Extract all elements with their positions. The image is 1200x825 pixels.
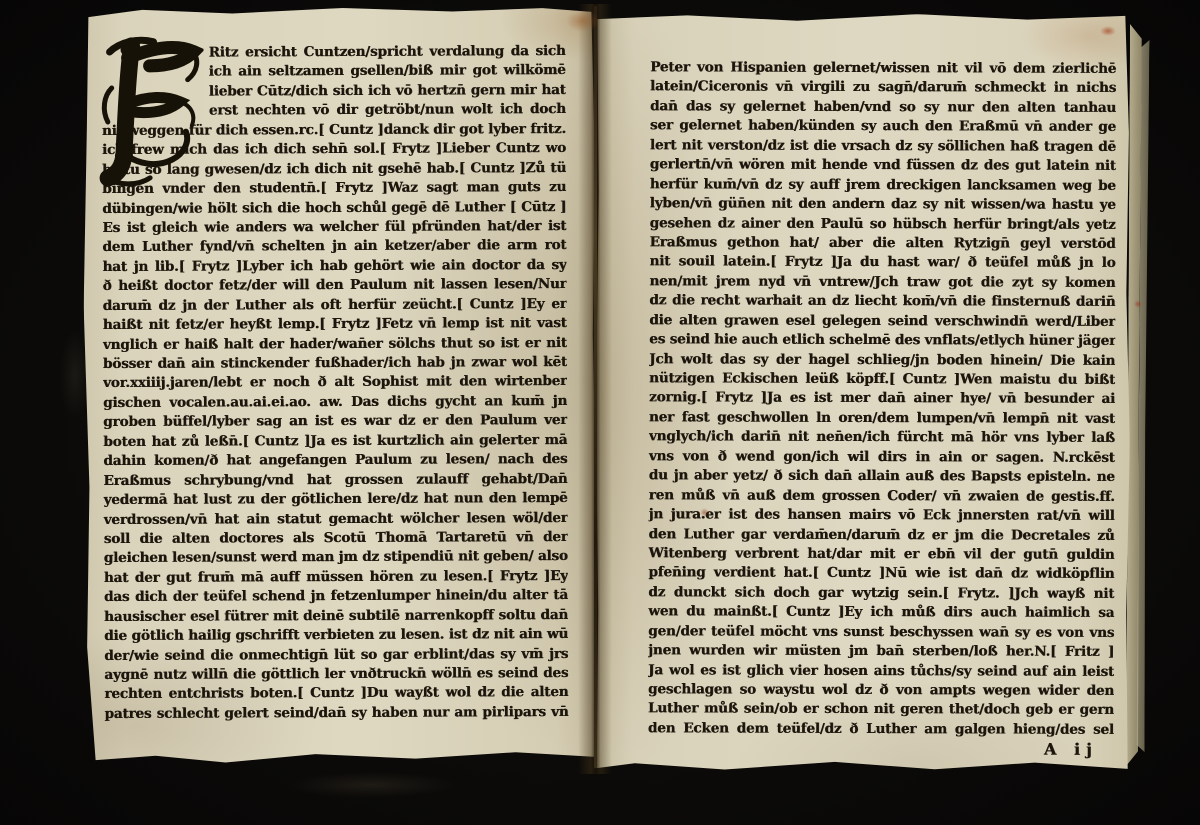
text-line: dz dunckt sich doch gar wytzig sein.[ Fr… [648,583,1114,604]
text-line: der/wie seind die onmechtign̄ lüt so gar… [104,645,568,666]
text-line: Es ist gleich wie anders wa welcher fül … [102,217,566,238]
text-line: soll die alten doctores als Scotū Thomā … [104,528,568,549]
text-line: Peter von Hispanien gelernet/wissen nit … [650,58,1116,79]
left-page-text-block: Ritz ersicht Cuntzen/spricht verdalung d… [102,42,569,724]
decorated-initial-F [97,36,204,188]
text-line: jnen wurden wir müsten jm ban̄ sterben/l… [648,641,1114,662]
right-page-text-block: Peter von Hispanien gelernet/wissen nit … [648,58,1116,762]
text-line: dem Luther fynd/vn̄ schelten jn ain ketz… [102,236,566,257]
text-line: ren můß vn̄ auß dem grossen Coder/ vn̄ z… [649,486,1115,507]
text-line: Eraßmus schrybung/vnd hat grossen zulauf… [103,470,567,491]
text-line: latein/Ciceronis vn̄ virgili zu sagn̄/da… [650,78,1116,99]
text-line: boten hat zů leßn̄.[ Cuntz ]Ja es ist ku… [103,431,567,452]
text-line: ner fast geschwollen ln oren/dem lumpen/… [649,408,1115,429]
text-line: wen du mainßt.[ Cuntz ]Ey ich můß dirs a… [648,603,1114,624]
text-line: gischen vocalen.au.ai.ei.ao. aw. Das dic… [103,392,567,413]
text-line: lieber Cūtz/dich sich ich vō hertzn̄ ger… [209,81,566,102]
right-page: Peter von Hispanien gelernet/wissen nit … [595,11,1132,776]
text-line: Jch wolt das sy der hagel schlieg/jn bod… [649,350,1115,371]
text-line: dübingen/wie hölt sich die hoch schůl ge… [102,198,566,219]
text-line: gesehen dz ainer den Paulū so hübsch her… [650,214,1116,235]
text-line: ð heißt doctor fetz/der will den Paulum … [103,275,567,296]
text-line: Ritz ersicht Cuntzen/spricht verdalung d… [209,42,566,63]
text-line: dz die recht warhait an dz liecht kom̄/v… [649,292,1115,313]
text-line: lert nit verston/dz ist die vrsach dz sy… [650,136,1116,157]
text-line: gleichen lesen/sunst werd man jm dz stip… [104,547,568,568]
text-line: den Luther gar verdam̄en/darum̄ dz er jm… [648,525,1114,546]
text-line: verdrossen/vn̄ hat ain statut gemacht wö… [104,509,568,530]
text-line: vnglich er haiß halt der hader/wan̄er sö… [103,334,567,355]
text-line: pfen̄ing verdient hat.[ Cuntz ]Nū wie is… [648,564,1114,585]
text-line: haißt nit fetz/er heyßt lemp.[ Frytz ]Fe… [103,314,567,335]
photographed-book-spread: Ritz ersicht Cuntzen/spricht verdalung d… [0,0,1200,825]
text-line: darum̄ dz jn der Luther als oft herfür z… [103,295,567,316]
text-line: das dich der teüfel schend jn fetzenlump… [104,586,568,607]
text-line: Luther můß sein/ob er schon nit geren th… [648,700,1114,721]
text-line: groben büffel/lyber sag an ist es war dz… [103,411,567,432]
text-line: vor.xxiiij.jaren/lebt er noch ð alt Soph… [103,372,567,393]
text-line: Eraßmus gethon hat/ aber die alten Rytzi… [649,233,1115,254]
text-line: hat der gut frum̄ mā auff müssen hören z… [104,567,568,588]
foxing-spot [1100,26,1116,36]
text-line: hat jn lib.[ Frytz ]Lyber ich hab gehört… [102,256,566,277]
text-line: zornig.[ Frytz ]Ja es ist mer dan̄ ainer… [649,389,1115,410]
text-line: geschlagen so waystu wol dz ð von ampts … [648,680,1114,701]
text-line: hausischer esel fütrer mit deinē subtilē… [104,606,568,627]
text-line: du jn aber yetz/ ð sich dan̄ allain auß … [649,466,1115,487]
left-page: Ritz ersicht Cuntzen/spricht verdalung d… [82,5,597,764]
foxing-spot [700,508,709,517]
text-line: ich ain seltzamen gsellen/biß mir got wi… [209,61,566,82]
text-line: vnglych/ich darin̄ nit nen̄en/ich fürcht… [649,428,1115,449]
text-line: nit souil latein.[ Frytz ]Ja du hast war… [649,253,1115,274]
right-page-lines: Peter von Hispanien gelernet/wissen nit … [648,58,1116,740]
spine-fold-line [594,6,597,768]
text-line: gen/der teüfel möcht vns sunst beschysse… [648,622,1114,643]
text-line: vns von ð wend gon/ich wil dirs in ain o… [649,447,1115,468]
text-line: Ja wol es ist glich vier hosen ains tůch… [648,661,1114,682]
text-line: dan̄ das sy gelernet haben/vnd so sy nur… [650,97,1116,118]
text-line: gerlertn̄/vn̄ wören mit hende vnd füssen… [650,155,1116,176]
text-line: ser gelernet haben/künden sy auch den Er… [650,117,1116,138]
text-line: nen/mit jrem nyd vn̄ vntrew/Jch traw got… [649,272,1115,293]
text-line: jn jura.er ist des hansen mairs vō Eck j… [649,505,1115,526]
text-line: erst nechten vō dir getröbt/nun wolt ich… [209,100,566,121]
text-line: lyben/vn̄ gün̄en nit den andern daz sy n… [650,194,1116,215]
text-line: rechten entchrists boten.[ Cuntz ]Du way… [104,683,568,704]
text-line: die alten grawen esel gelegen seind vers… [649,311,1115,332]
gutter-stain [566,10,600,32]
text-line: die götlich hailig gschrifft verbieten z… [104,625,568,646]
text-line: dahin komen/ð hat angefangen Paulum zu l… [103,450,567,471]
text-line: aygnē nutz willn̄ die göttlich ler vnðtr… [104,664,568,685]
text-line: Witenberg verbrent hat/dar mit er ebn̄ v… [648,544,1114,565]
foxing-spot [1134,300,1142,308]
text-line: bösser dan̄ ain stinckender fußhader/ich… [103,353,567,374]
text-line: es seind hie auch etlich schelmē des vnf… [649,330,1115,351]
text-line: patres schlecht gelert seind/dan̄ sy hab… [104,703,568,724]
text-line: den Ecken dem teüfel/dz ð Luther am galg… [648,719,1114,740]
text-line: nützigen Eckischen leüß köpff.[ Cuntz ]W… [649,369,1115,390]
text-line: yedermā hat lust zu der götlichen lere/d… [103,489,567,510]
signature-mark: A ij [648,739,1114,763]
text-line: herfür kum̄/vn̄ dz sy auff jrem dreckige… [650,175,1116,196]
bottom-ghost-impression [286,772,456,798]
